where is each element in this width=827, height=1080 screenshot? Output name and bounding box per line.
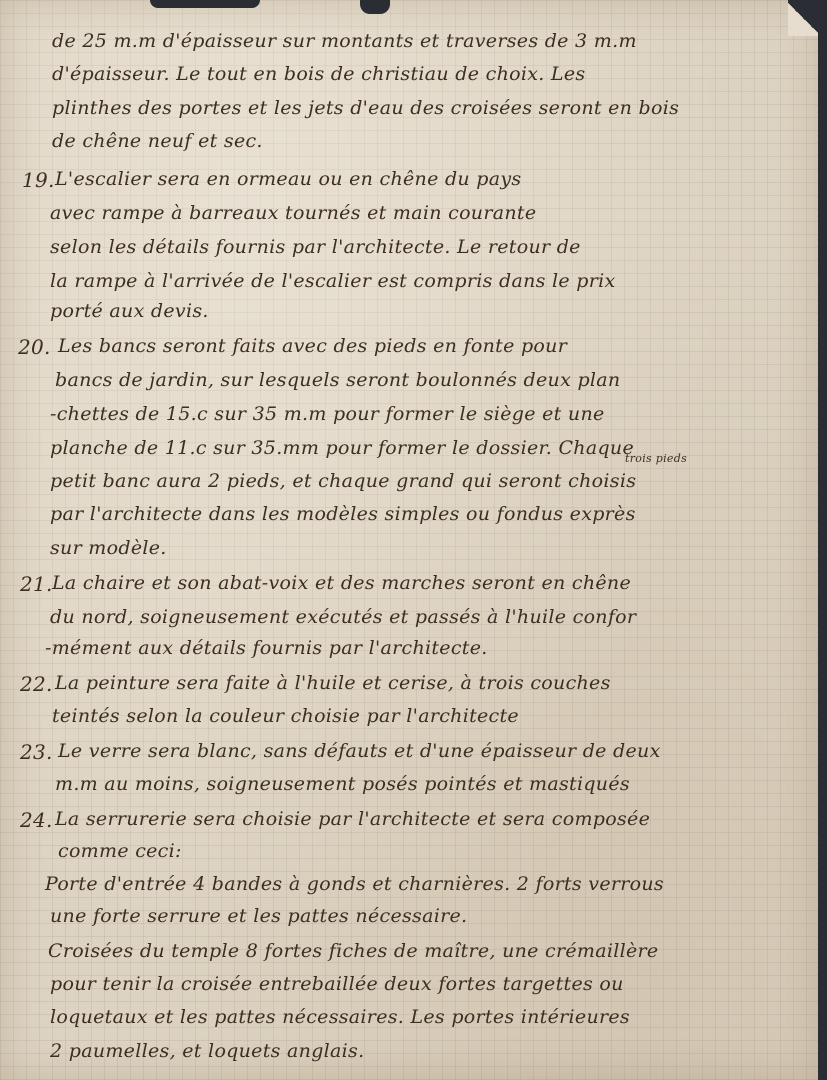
text-line: de 25 m.m d'épaisseur sur montants et tr…: [52, 30, 637, 52]
text-line: L'escalier sera en ormeau ou en chêne du…: [55, 168, 521, 190]
folded-corner: [788, 0, 818, 36]
text-line: La peinture sera faite à l'huile et ceri…: [55, 672, 611, 694]
text-line: de chêne neuf et sec.: [52, 130, 263, 152]
article-number: 21.: [20, 572, 53, 596]
text-line: -chettes de 15.c sur 35 m.m pour former …: [50, 403, 605, 425]
text-line: teintés selon la couleur choisie par l'a…: [52, 705, 519, 727]
text-line: pour tenir la croisée entrebaillée deux …: [50, 973, 624, 995]
text-line: selon les détails fournis par l'architec…: [50, 236, 581, 258]
text-line: sur modèle.: [50, 537, 167, 559]
text-line: comme ceci:: [58, 840, 182, 862]
text-line: par l'architecte dans les modèles simple…: [50, 503, 636, 525]
text-line: Les bancs seront faits avec des pieds en…: [58, 335, 567, 357]
text-line: La serrurerie sera choisie par l'archite…: [55, 808, 650, 830]
text-line: plinthes des portes et les jets d'eau de…: [52, 97, 679, 119]
text-line: d'épaisseur. Le tout en bois de christia…: [52, 63, 585, 85]
text-line: planche de 11.c sur 35.mm pour former le…: [50, 437, 634, 459]
article-number: 24.: [20, 808, 53, 832]
text-line: Croisées du temple 8 fortes fiches de ma…: [48, 940, 658, 962]
text-line: Le verre sera blanc, sans défauts et d'u…: [58, 740, 661, 762]
text-line: petit banc aura 2 pieds, et chaque grand…: [50, 470, 636, 492]
article-number: 19.: [22, 168, 55, 192]
text-line: avec rampe à barreaux tournés et main co…: [50, 202, 536, 224]
text-line: Porte d'entrée 4 bandes à gonds et charn…: [45, 873, 664, 895]
text-line: -mément aux détails fournis par l'archit…: [45, 637, 488, 659]
text-line: du nord, soigneusement exécutés et passé…: [50, 606, 636, 628]
text-line: La chaire et son abat-voix et des marche…: [52, 572, 631, 594]
article-number: 20.: [18, 335, 51, 359]
article-number: 23.: [20, 740, 53, 764]
manuscript-page: de 25 m.m d'épaisseur sur montants et tr…: [0, 0, 818, 1080]
text-line: 2 paumelles, et loquets anglais.: [50, 1040, 364, 1062]
text-line: m.m au moins, soigneusement posés pointé…: [55, 773, 630, 795]
interlinear-note: trois pieds: [625, 452, 687, 465]
page-edge-shadow: [150, 0, 260, 8]
text-line: bancs de jardin, sur lesquels seront bou…: [55, 369, 620, 391]
text-line: une forte serrure et les pattes nécessai…: [50, 905, 467, 927]
page-edge-shadow: [360, 0, 390, 14]
article-number: 22.: [20, 672, 53, 696]
text-line: loquetaux et les pattes nécessaires. Les…: [50, 1006, 630, 1028]
text-line: porté aux devis.: [50, 300, 209, 322]
text-line: la rampe à l'arrivée de l'escalier est c…: [50, 270, 616, 292]
